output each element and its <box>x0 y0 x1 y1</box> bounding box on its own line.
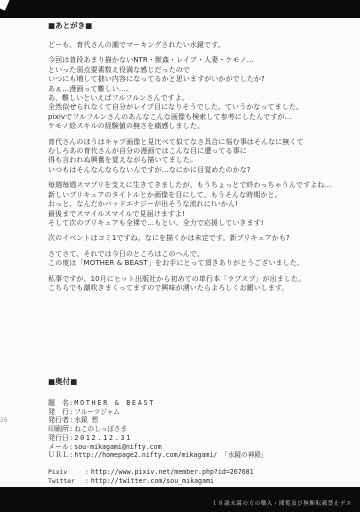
page-number: 26 <box>0 417 8 424</box>
top-scan-bar <box>0 0 360 18</box>
colophon-section: ■奥付■ 題 名:MOTHER & BEAST 発 行:フルーツジャム 発行者:… <box>48 376 348 486</box>
colophon-header: ■奥付■ <box>48 376 348 387</box>
colophon-row-email: メール:sou-mikagami@nifty.com <box>48 443 348 452</box>
afterword-paragraph: 育代さんのほうはキャプ画像と見比べて似てなさ具合に悩む事はそんなに無くて むしろ… <box>48 138 344 176</box>
colophon-row-author: 発行者:水鏡 想 <box>48 416 348 425</box>
footer-bar: １８歳未満の方の購入・閲覧及び無断転載禁止デス <box>0 487 360 512</box>
colophon-row-url: ＵＲＬ:http://homepage2.nifty.com/mikagami/… <box>48 451 348 460</box>
colophon-row-title: 題 名:MOTHER & BEAST <box>48 399 348 408</box>
afterword-section: ■あとがき■ どーも、育代さんの潮でマーキングされたい水鏡です。 今回は普段あま… <box>48 20 344 299</box>
afterword-paragraph: どーも、育代さんの潮でマーキングされたい水鏡です。 <box>48 41 344 50</box>
colophon-row-date: 発行日:2012.12.31 <box>48 434 348 443</box>
afterword-paragraph: 私事ですが、10月にヒット出版社から初めての単行本「ラブスプ」が出ました。 こち… <box>48 275 344 294</box>
afterword-paragraph: 今回は普段あまり描かないNTR・獣姦・レイプ・人妻・ケモノ… といった弱点要素数… <box>48 56 344 131</box>
scan-notch-artifact <box>0 0 10 11</box>
colophon-links: Pixiv:http://www.pixiv.net/member.php?id… <box>48 468 348 486</box>
afterword-paragraph: さてさて、それでは今日のところはこのへんで。 この度は「MOTHER & BEA… <box>48 250 344 269</box>
afterword-paragraph: 次のイベントはコミ1ですね。なにを描くかは未定です。新プリキュアかも? <box>48 234 344 243</box>
afterword-paragraph: 毎週毎週スマプリを支えに生きてきましたが、もうちょっとで終わっちゃうんですよね…… <box>48 181 344 228</box>
colophon-row-pixiv: Pixiv:http://www.pixiv.net/member.php?id… <box>48 468 348 477</box>
age-restriction-notice: １８歳未満の方の購入・閲覧及び無断転載禁止デス <box>212 501 352 507</box>
colophon-row-printer: 印刷所:ねこのしっぽさま <box>48 425 348 434</box>
afterword-header: ■あとがき■ <box>48 20 344 31</box>
colophon-fields: 題 名:MOTHER & BEAST 発 行:フルーツジャム 発行者:水鏡 想 … <box>48 399 348 460</box>
colophon-row-twitter: Twitter:http://twitter.com/sou_mikagami <box>48 477 348 486</box>
